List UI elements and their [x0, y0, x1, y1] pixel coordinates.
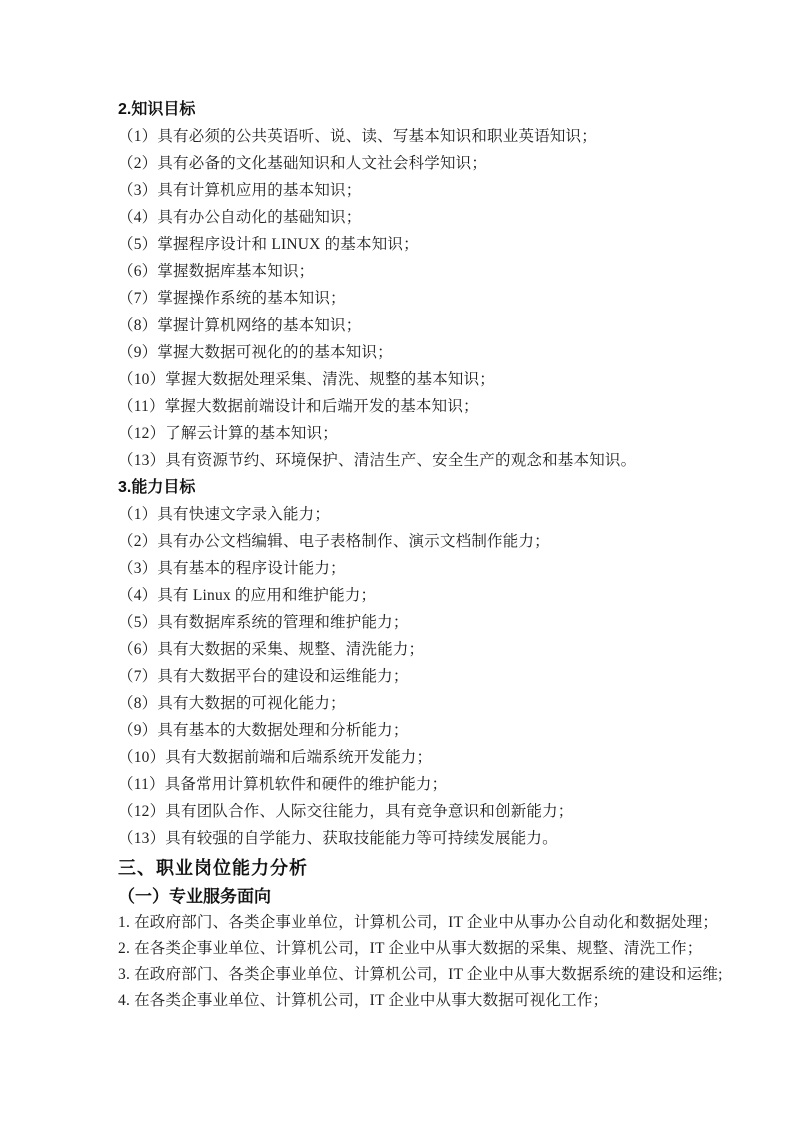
- service-item-2: 2. 在各类企事业单位、计算机公司，IT 企业中从事大数据的采集、规整、清洗工作…: [118, 936, 680, 962]
- ability-item-3: （3）具有基本的程序设计能力；: [118, 555, 680, 582]
- ability-item-8: （8）具有大数据的可视化能力；: [118, 690, 680, 717]
- knowledge-goals-heading: 2.知识目标: [118, 96, 680, 123]
- service-item-3: 3. 在政府部门、各类企事业单位、计算机公司，IT 企业中从事大数据系统的建设和…: [118, 962, 680, 988]
- section-ability-goals: 3.能力目标 （1）具有快速文字录入能力； （2）具有办公文档编辑、电子表格制作…: [118, 474, 680, 852]
- section-job-capability-analysis: 三、职业岗位能力分析 （一）专业服务面向 1. 在政府部门、各类企事业单位，计算…: [118, 852, 680, 1014]
- chapter-heading: 三、职业岗位能力分析: [118, 852, 680, 884]
- ability-item-4: （4）具有 Linux 的应用和维护能力；: [118, 582, 680, 609]
- ability-item-12: （12）具有团队合作、人际交往能力，具有竞争意识和创新能力；: [118, 798, 680, 825]
- knowledge-item-7: （7）掌握操作系统的基本知识；: [118, 285, 680, 312]
- knowledge-item-9: （9）掌握大数据可视化的的基本知识；: [118, 339, 680, 366]
- ability-item-11: （11）具备常用计算机软件和硬件的维护能力；: [118, 771, 680, 798]
- ability-item-13: （13）具有较强的自学能力、获取技能能力等可持续发展能力。: [118, 825, 680, 852]
- service-item-1: 1. 在政府部门、各类企事业单位，计算机公司，IT 企业中从事办公自动化和数据处…: [118, 910, 680, 936]
- knowledge-item-10: （10）掌握大数据处理采集、清洗、规整的基本知识；: [118, 366, 680, 393]
- ability-item-5: （5）具有数据库系统的管理和维护能力；: [118, 609, 680, 636]
- knowledge-item-13: （13）具有资源节约、环境保护、清洁生产、安全生产的观念和基本知识。: [118, 447, 680, 474]
- knowledge-item-8: （8）掌握计算机网络的基本知识；: [118, 312, 680, 339]
- ability-goals-heading: 3.能力目标: [118, 474, 680, 501]
- ability-item-10: （10）具有大数据前端和后端系统开发能力；: [118, 744, 680, 771]
- document-page: 2.知识目标 （1）具有必须的公共英语听、说、读、写基本知识和职业英语知识； （…: [0, 0, 793, 1122]
- knowledge-item-5: （5）掌握程序设计和 LINUX 的基本知识；: [118, 231, 680, 258]
- section-knowledge-goals: 2.知识目标 （1）具有必须的公共英语听、说、读、写基本知识和职业英语知识； （…: [118, 96, 680, 474]
- service-orientation-heading: （一）专业服务面向: [118, 884, 680, 910]
- ability-item-2: （2）具有办公文档编辑、电子表格制作、演示文档制作能力；: [118, 528, 680, 555]
- knowledge-item-11: （11）掌握大数据前端设计和后端开发的基本知识；: [118, 393, 680, 420]
- document-content: 2.知识目标 （1）具有必须的公共英语听、说、读、写基本知识和职业英语知识； （…: [118, 96, 680, 1014]
- ability-item-1: （1）具有快速文字录入能力；: [118, 501, 680, 528]
- ability-item-7: （7）具有大数据平台的建设和运维能力；: [118, 663, 680, 690]
- knowledge-item-6: （6）掌握数据库基本知识；: [118, 258, 680, 285]
- knowledge-item-4: （4）具有办公自动化的基础知识；: [118, 204, 680, 231]
- knowledge-item-2: （2）具有必备的文化基础知识和人文社会科学知识；: [118, 150, 680, 177]
- ability-item-6: （6）具有大数据的采集、规整、清洗能力；: [118, 636, 680, 663]
- ability-item-9: （9）具有基本的大数据处理和分析能力；: [118, 717, 680, 744]
- knowledge-item-3: （3）具有计算机应用的基本知识；: [118, 177, 680, 204]
- service-item-4: 4. 在各类企事业单位、计算机公司，IT 企业中从事大数据可视化工作；: [118, 988, 680, 1014]
- knowledge-item-1: （1）具有必须的公共英语听、说、读、写基本知识和职业英语知识；: [118, 123, 680, 150]
- knowledge-item-12: （12）了解云计算的基本知识；: [118, 420, 680, 447]
